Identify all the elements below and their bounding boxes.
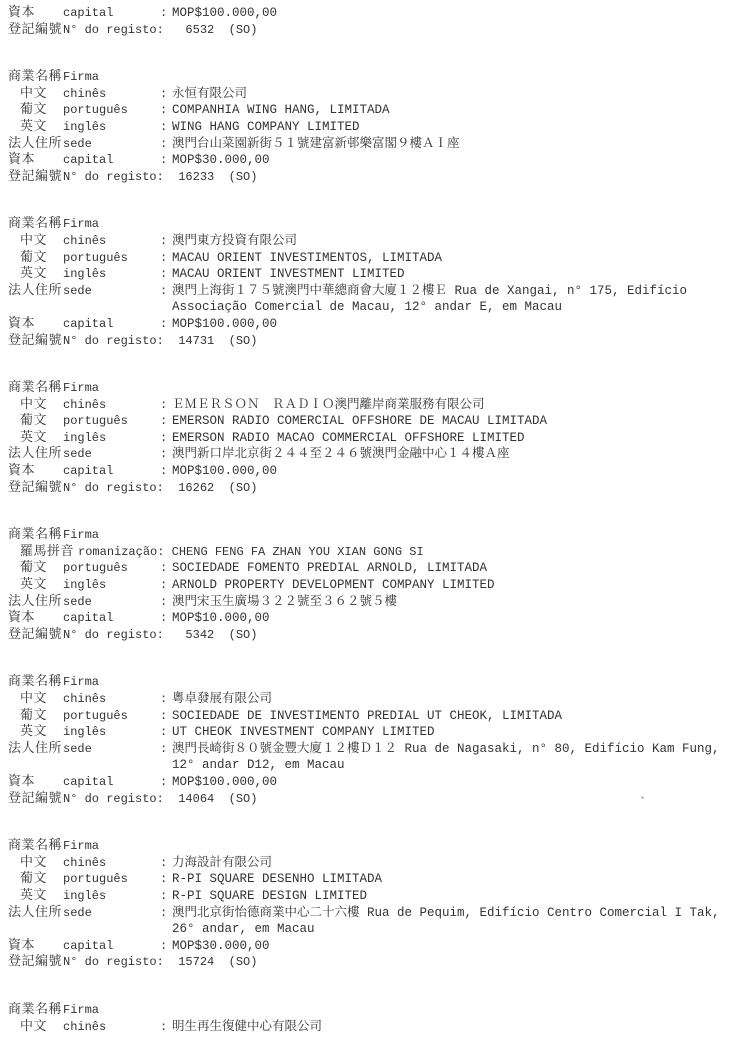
value-line: MACAU ORIENT INVESTIMENTOS, LIMITADA [172, 250, 735, 267]
record-row-field: 葡文português:EMERSON RADIO COMERCIAL OFFS… [8, 413, 735, 430]
label-zh: 羅馬拼音 [8, 544, 74, 561]
field-value: 澳門長崎街８０號金豐大廈１２樓Ｄ１２ Rua de Nagasaki, n° 8… [172, 741, 735, 774]
label-zh: 登記編號 [8, 954, 63, 971]
record-row-roman: 羅馬拼音romanização: CHENG FENG FA ZHAN YOU … [8, 544, 735, 561]
colon-separator: : [160, 938, 172, 955]
registo-label: N° do registo: [63, 169, 164, 186]
label-pt: sede [63, 446, 160, 463]
label-pt: chinês [63, 1019, 160, 1036]
label-zh: 英文 [8, 888, 63, 905]
label-zh: 商業名稱 [8, 216, 63, 233]
romanization-value: CHENG FENG FA ZHAN YOU XIAN GONG SI [164, 544, 423, 561]
colon-separator: : [160, 283, 172, 300]
label-pt: romanização: [78, 544, 164, 561]
colon-separator: : [160, 152, 172, 169]
colon-separator: : [160, 691, 172, 708]
label-zh: 資本 [8, 316, 63, 333]
record-row-field: 資本capital:MOP$100.000,00 [8, 463, 735, 480]
registration-record: 商業名稱Firma中文chinês:粵卓發展有限公司葡文português:SO… [8, 674, 735, 807]
label-pt: chinês [63, 397, 160, 414]
label-zh: 商業名稱 [8, 69, 63, 86]
label-zh: 商業名稱 [8, 838, 63, 855]
field-value: 澳門宋玉生廣場３２２號至３６２號５樓 [172, 594, 735, 611]
colon-separator: : [160, 577, 172, 594]
label-pt: Firma [63, 216, 160, 233]
label-pt: sede [63, 283, 160, 300]
registration-record: 資本capital:MOP$100.000,00登記編號N° do regist… [8, 5, 735, 38]
value-line: R-PI SQUARE DESIGN LIMITED [172, 888, 735, 905]
value-line: MOP$100.000,00 [172, 316, 735, 333]
value-line: SOCIEDADE FOMENTO PREDIAL ARNOLD, LIMITA… [172, 560, 735, 577]
record-row-field: 中文chinês:澳門東方投資有限公司 [8, 233, 735, 250]
label-zh: 登記編號 [8, 22, 63, 39]
record-row-field: 英文inglês:R-PI SQUARE DESIGN LIMITED [8, 888, 735, 905]
label-pt: português [63, 250, 160, 267]
label-pt: chinês [63, 86, 160, 103]
label-pt: português [63, 560, 160, 577]
label-zh: 資本 [8, 5, 63, 22]
registration-record: 商業名稱Firma中文chinês:澳門東方投資有限公司葡文português:… [8, 216, 735, 349]
record-row-field: 法人住所sede:澳門北京街怡德商業中心二十六樓 Rua de Pequim, … [8, 905, 735, 938]
label-zh: 登記編號 [8, 627, 63, 644]
label-zh: 商業名稱 [8, 674, 63, 691]
value-line: 澳門東方投資有限公司 [172, 233, 735, 250]
colon-separator: : [160, 610, 172, 627]
label-pt: chinês [63, 855, 160, 872]
label-pt: inglês [63, 724, 160, 741]
record-row-field: 英文inglês:ARNOLD PROPERTY DEVELOPMENT COM… [8, 577, 735, 594]
label-pt: inglês [63, 430, 160, 447]
label-pt: sede [63, 741, 160, 758]
field-value: MOP$30.000,00 [172, 152, 735, 169]
value-line: MOP$100.000,00 [172, 774, 735, 791]
record-row-field: 法人住所sede:澳門新口岸北京街２４４至２４６號澳門金融中心１４樓Ａ座 [8, 446, 735, 463]
record-row-field: 葡文português:SOCIEDADE FOMENTO PREDIAL AR… [8, 560, 735, 577]
label-zh: 商業名稱 [8, 527, 63, 544]
value-line: MOP$30.000,00 [172, 152, 735, 169]
value-line: 力海設計有限公司 [172, 855, 735, 872]
label-pt: Firma [63, 69, 160, 86]
field-value: R-PI SQUARE DESENHO LIMITADA [172, 871, 735, 888]
field-value: COMPANHIA WING HANG, LIMITADA [172, 102, 735, 119]
label-pt: chinês [63, 233, 160, 250]
value-line: SOCIEDADE DE INVESTIMENTO PREDIAL UT CHE… [172, 708, 735, 725]
colon-separator: : [160, 708, 172, 725]
colon-separator: : [160, 774, 172, 791]
record-row-field: 資本capital:MOP$100.000,00 [8, 5, 735, 22]
record-row-field: 中文chinês:粵卓發展有限公司 [8, 691, 735, 708]
record-row-field: 法人住所sede:澳門宋玉生廣場３２２號至３６２號５樓 [8, 594, 735, 611]
label-pt: sede [63, 905, 160, 922]
value-line: WING HANG COMPANY LIMITED [172, 119, 735, 136]
value-line: EMERSON RADIO COMERCIAL OFFSHORE DE MACA… [172, 413, 735, 430]
registo-number: 15724 (SO) [164, 954, 258, 971]
value-line: 澳門台山菜園新街５１號建富新邨樂富閣９樓ＡＩ座 [172, 136, 735, 153]
value-line: MOP$100.000,00 [172, 5, 735, 22]
value-line: MACAU ORIENT INVESTMENT LIMITED [172, 266, 735, 283]
record-row-field: 法人住所sede:澳門上海街１７５號澳門中華總商會大廈１２樓Ｅ Rua de X… [8, 283, 735, 316]
label-zh: 中文 [8, 397, 63, 414]
label-zh: 商業名稱 [8, 380, 63, 397]
label-zh: 資本 [8, 774, 63, 791]
label-pt: sede [63, 136, 160, 153]
field-value: 澳門北京街怡德商業中心二十六樓 Rua de Pequim, Edifício … [172, 905, 735, 938]
value-line: COMPANHIA WING HANG, LIMITADA [172, 102, 735, 119]
value-line: 澳門上海街１７５號澳門中華總商會大廈１２樓Ｅ Rua de Xangai, n°… [172, 283, 735, 300]
record-row-field: 葡文português:COMPANHIA WING HANG, LIMITAD… [8, 102, 735, 119]
label-pt: capital [63, 938, 160, 955]
label-zh: 英文 [8, 577, 63, 594]
label-zh: 法人住所 [8, 905, 63, 922]
registration-record: 商業名稱Firma中文chinês:永恒有限公司葡文português:COMP… [8, 69, 735, 185]
label-pt: Firma [63, 674, 160, 691]
field-value: EMERSON RADIO MACAO COMMERCIAL OFFSHORE … [172, 430, 735, 447]
value-line: 澳門北京街怡德商業中心二十六樓 Rua de Pequim, Edifício … [172, 905, 735, 922]
record-row-field: 英文inglês:MACAU ORIENT INVESTMENT LIMITED [8, 266, 735, 283]
colon-separator: : [160, 905, 172, 922]
record-row-field: 英文inglês:UT CHEOK INVESTMENT COMPANY LIM… [8, 724, 735, 741]
label-zh: 葡文 [8, 102, 63, 119]
label-zh: 登記編號 [8, 480, 63, 497]
label-zh: 登記編號 [8, 169, 63, 186]
record-row-registo: 登記編號N° do registo: 14064 (SO) [8, 791, 735, 808]
label-zh: 登記編號 [8, 791, 63, 808]
colon-separator: : [160, 430, 172, 447]
value-line: 澳門宋玉生廣場３２２號至３６２號５樓 [172, 594, 735, 611]
registo-number: 16262 (SO) [164, 480, 258, 497]
field-value: 澳門東方投資有限公司 [172, 233, 735, 250]
scan-artifact-dot [641, 796, 644, 799]
value-line: EMERSON RADIO MACAO COMMERCIAL OFFSHORE … [172, 430, 735, 447]
colon-separator: : [160, 102, 172, 119]
colon-separator: : [160, 560, 172, 577]
label-pt: inglês [63, 119, 160, 136]
registration-record: 商業名稱Firma中文chinês:ＥＭＥＲＳＯＮ ＲＡＤＩＯ澳門離岸商業服務有… [8, 380, 735, 496]
record-row-field: 資本capital:MOP$30.000,00 [8, 938, 735, 955]
registration-record: 商業名稱Firma羅馬拼音romanização: CHENG FENG FA … [8, 527, 735, 643]
label-zh: 葡文 [8, 708, 63, 725]
record-row-header: 商業名稱Firma [8, 674, 735, 691]
colon-separator: : [160, 724, 172, 741]
label-zh: 資本 [8, 938, 63, 955]
registo-label: N° do registo: [63, 791, 164, 808]
colon-separator: : [160, 446, 172, 463]
record-row-field: 中文chinês:永恒有限公司 [8, 86, 735, 103]
value-line: 澳門長崎街８０號金豐大廈１２樓Ｄ１２ Rua de Nagasaki, n° 8… [172, 741, 735, 758]
label-zh: 中文 [8, 233, 63, 250]
field-value: EMERSON RADIO COMERCIAL OFFSHORE DE MACA… [172, 413, 735, 430]
label-zh: 英文 [8, 119, 63, 136]
label-zh: 資本 [8, 463, 63, 480]
colon-separator: : [160, 250, 172, 267]
colon-separator: : [160, 463, 172, 480]
record-row-registo: 登記編號N° do registo: 16233 (SO) [8, 169, 735, 186]
field-value: MOP$100.000,00 [172, 5, 735, 22]
field-value: MACAU ORIENT INVESTIMENTOS, LIMITADA [172, 250, 735, 267]
label-zh: 法人住所 [8, 136, 63, 153]
record-row-header: 商業名稱Firma [8, 216, 735, 233]
label-zh: 法人住所 [8, 283, 63, 300]
field-value: UT CHEOK INVESTMENT COMPANY LIMITED [172, 724, 735, 741]
label-zh: 登記編號 [8, 333, 63, 350]
registo-label: N° do registo: [63, 627, 164, 644]
field-value: 永恒有限公司 [172, 86, 735, 103]
record-row-field: 葡文português:MACAU ORIENT INVESTIMENTOS, … [8, 250, 735, 267]
label-pt: chinês [63, 691, 160, 708]
field-value: ARNOLD PROPERTY DEVELOPMENT COMPANY LIMI… [172, 577, 735, 594]
colon-separator: : [160, 86, 172, 103]
value-line: MOP$100.000,00 [172, 463, 735, 480]
colon-separator: : [160, 871, 172, 888]
field-value: 粵卓發展有限公司 [172, 691, 735, 708]
label-zh: 中文 [8, 855, 63, 872]
record-row-field: 葡文português:SOCIEDADE DE INVESTIMENTO PR… [8, 708, 735, 725]
label-zh: 葡文 [8, 250, 63, 267]
field-value: MOP$10.000,00 [172, 610, 735, 627]
record-row-field: 資本capital:MOP$100.000,00 [8, 316, 735, 333]
label-zh: 中文 [8, 691, 63, 708]
registo-label: N° do registo: [63, 333, 164, 350]
record-row-field: 資本capital:MOP$30.000,00 [8, 152, 735, 169]
label-pt: português [63, 871, 160, 888]
record-row-header: 商業名稱Firma [8, 69, 735, 86]
label-pt: sede [63, 594, 160, 611]
registo-label: N° do registo: [63, 954, 164, 971]
registo-number: 14064 (SO) [164, 791, 258, 808]
record-row-header: 商業名稱Firma [8, 527, 735, 544]
field-value: 明生再生復健中心有限公司 [172, 1019, 735, 1036]
colon-separator: : [160, 855, 172, 872]
value-line: 粵卓發展有限公司 [172, 691, 735, 708]
record-row-field: 法人住所sede:澳門長崎街８０號金豐大廈１２樓Ｄ１２ Rua de Nagas… [8, 741, 735, 774]
colon-separator: : [160, 266, 172, 283]
label-zh: 法人住所 [8, 594, 63, 611]
label-zh: 英文 [8, 430, 63, 447]
field-value: MOP$30.000,00 [172, 938, 735, 955]
label-zh: 法人住所 [8, 446, 63, 463]
value-line: 永恒有限公司 [172, 86, 735, 103]
colon-separator: : [160, 316, 172, 333]
label-pt: capital [63, 774, 160, 791]
value-continuation: 12° andar D12, em Macau [172, 757, 735, 774]
label-zh: 英文 [8, 266, 63, 283]
label-pt: Firma [63, 527, 160, 544]
label-zh: 資本 [8, 152, 63, 169]
field-value: WING HANG COMPANY LIMITED [172, 119, 735, 136]
field-value: MOP$100.000,00 [172, 774, 735, 791]
value-line: ＥＭＥＲＳＯＮ ＲＡＤＩＯ澳門離岸商業服務有限公司 [172, 397, 735, 414]
record-row-registo: 登記編號N° do registo: 16262 (SO) [8, 480, 735, 497]
label-zh: 葡文 [8, 560, 63, 577]
label-pt: Firma [63, 380, 160, 397]
label-pt: Firma [63, 1002, 160, 1019]
label-pt: capital [63, 610, 160, 627]
label-pt: português [63, 708, 160, 725]
value-line: MOP$10.000,00 [172, 610, 735, 627]
label-pt: capital [63, 316, 160, 333]
field-value: ＥＭＥＲＳＯＮ ＲＡＤＩＯ澳門離岸商業服務有限公司 [172, 397, 735, 414]
registo-number: 14731 (SO) [164, 333, 258, 350]
label-pt: capital [63, 5, 160, 22]
value-line: R-PI SQUARE DESENHO LIMITADA [172, 871, 735, 888]
field-value: 澳門台山菜園新街５１號建富新邨樂富閣９樓ＡＩ座 [172, 136, 735, 153]
record-row-registo: 登記編號N° do registo: 5342 (SO) [8, 627, 735, 644]
record-row-header: 商業名稱Firma [8, 1002, 735, 1019]
value-line: MOP$30.000,00 [172, 938, 735, 955]
field-value: SOCIEDADE DE INVESTIMENTO PREDIAL UT CHE… [172, 708, 735, 725]
label-pt: inglês [63, 266, 160, 283]
value-continuation: Associação Comercial de Macau, 12° andar… [172, 299, 735, 316]
label-pt: Firma [63, 838, 160, 855]
label-pt: inglês [63, 577, 160, 594]
record-row-header: 商業名稱Firma [8, 380, 735, 397]
record-row-registo: 登記編號N° do registo: 14731 (SO) [8, 333, 735, 350]
label-zh: 英文 [8, 724, 63, 741]
registo-number: 16233 (SO) [164, 169, 258, 186]
record-row-header: 商業名稱Firma [8, 838, 735, 855]
registo-label: N° do registo: [63, 480, 164, 497]
registo-number: 5342 (SO) [164, 627, 258, 644]
field-value: 澳門上海街１７５號澳門中華總商會大廈１２樓Ｅ Rua de Xangai, n°… [172, 283, 735, 316]
field-value: 力海設計有限公司 [172, 855, 735, 872]
colon-separator: : [160, 397, 172, 414]
record-row-field: 中文chinês:ＥＭＥＲＳＯＮ ＲＡＤＩＯ澳門離岸商業服務有限公司 [8, 397, 735, 414]
registration-record: 商業名稱Firma中文chinês:力海設計有限公司葡文português:R-… [8, 838, 735, 971]
record-row-field: 資本capital:MOP$10.000,00 [8, 610, 735, 627]
colon-separator: : [160, 594, 172, 611]
record-row-field: 英文inglês:EMERSON RADIO MACAO COMMERCIAL … [8, 430, 735, 447]
label-pt: capital [63, 152, 160, 169]
field-value: SOCIEDADE FOMENTO PREDIAL ARNOLD, LIMITA… [172, 560, 735, 577]
record-row-field: 中文chinês:力海設計有限公司 [8, 855, 735, 872]
value-line: ARNOLD PROPERTY DEVELOPMENT COMPANY LIMI… [172, 577, 735, 594]
registo-label: N° do registo: [63, 22, 164, 39]
field-value: MOP$100.000,00 [172, 463, 735, 480]
record-row-registo: 登記編號N° do registo: 15724 (SO) [8, 954, 735, 971]
gazette-page: 資本capital:MOP$100.000,00登記編號N° do regist… [0, 0, 735, 1057]
colon-separator: : [160, 119, 172, 136]
registration-record: 商業名稱Firma中文chinês:明生再生復健中心有限公司 [8, 1002, 735, 1035]
value-line: 明生再生復健中心有限公司 [172, 1019, 735, 1036]
registo-number: 6532 (SO) [164, 22, 258, 39]
colon-separator: : [160, 888, 172, 905]
label-pt: inglês [63, 888, 160, 905]
label-pt: capital [63, 463, 160, 480]
record-row-field: 英文inglês:WING HANG COMPANY LIMITED [8, 119, 735, 136]
record-row-field: 法人住所sede:澳門台山菜園新街５１號建富新邨樂富閣９樓ＡＩ座 [8, 136, 735, 153]
field-value: R-PI SQUARE DESIGN LIMITED [172, 888, 735, 905]
value-line: 澳門新口岸北京街２４４至２４６號澳門金融中心１４樓Ａ座 [172, 446, 735, 463]
value-continuation: 26° andar, em Macau [172, 921, 735, 938]
label-zh: 法人住所 [8, 741, 63, 758]
colon-separator: : [160, 1019, 172, 1036]
label-zh: 中文 [8, 86, 63, 103]
label-zh: 商業名稱 [8, 1002, 63, 1019]
label-pt: português [63, 102, 160, 119]
label-zh: 葡文 [8, 871, 63, 888]
label-pt: português [63, 413, 160, 430]
record-row-field: 資本capital:MOP$100.000,00 [8, 774, 735, 791]
field-value: MACAU ORIENT INVESTMENT LIMITED [172, 266, 735, 283]
label-zh: 葡文 [8, 413, 63, 430]
label-zh: 資本 [8, 610, 63, 627]
colon-separator: : [160, 233, 172, 250]
record-row-registo: 登記編號N° do registo: 6532 (SO) [8, 22, 735, 39]
field-value: MOP$100.000,00 [172, 316, 735, 333]
value-line: UT CHEOK INVESTMENT COMPANY LIMITED [172, 724, 735, 741]
label-zh: 中文 [8, 1019, 63, 1036]
record-row-field: 葡文português:R-PI SQUARE DESENHO LIMITADA [8, 871, 735, 888]
colon-separator: : [160, 413, 172, 430]
colon-separator: : [160, 136, 172, 153]
field-value: 澳門新口岸北京街２４４至２４６號澳門金融中心１４樓Ａ座 [172, 446, 735, 463]
record-row-field: 中文chinês:明生再生復健中心有限公司 [8, 1019, 735, 1036]
colon-separator: : [160, 5, 172, 22]
colon-separator: : [160, 741, 172, 758]
